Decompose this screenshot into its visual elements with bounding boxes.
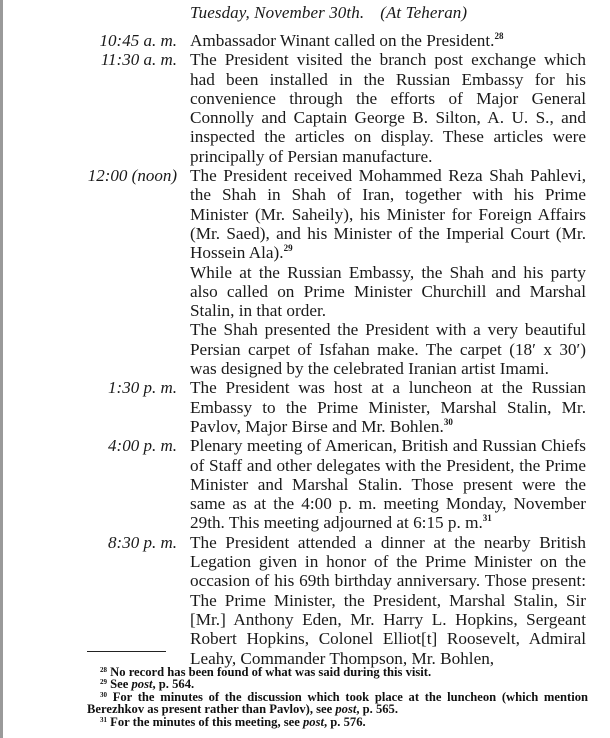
paragraph-text: Plenary meeting of American, British and… — [190, 436, 586, 532]
paragraph-text: The President attended a dinner at the n… — [190, 533, 586, 668]
entry-time: 11:30 a. m. — [0, 50, 177, 69]
entry-body: Plenary meeting of American, British and… — [190, 436, 586, 532]
entry-time: 1:30 p. m. — [0, 378, 177, 397]
entry-paragraph: Plenary meeting of American, British and… — [190, 436, 586, 532]
entry-time: 8:30 p. m. — [0, 533, 177, 552]
entry-paragraph: The President was host at a luncheon at … — [190, 378, 586, 436]
entry-time: 10:45 a. m. — [0, 31, 177, 50]
footnote-page-ref[interactable]: , p. 576. — [324, 715, 366, 729]
entry-paragraph: The President received Mohammed Reza Sha… — [190, 166, 586, 262]
footnote-text: For the minutes of this meeting, see — [110, 715, 303, 729]
entry-time: 12:00 (noon) — [0, 166, 177, 185]
paragraph-text: The President received Mohammed Reza Sha… — [190, 166, 586, 262]
entry-paragraph: Ambassador Winant called on the Presiden… — [190, 31, 586, 50]
entry-body: The President was host at a luncheon at … — [190, 378, 586, 436]
paragraph-text: The President was host at a luncheon at … — [190, 378, 586, 436]
entry-paragraph: The President visited the branch post ex… — [190, 50, 586, 166]
paragraph-text: While at the Russian Embassy, the Shah a… — [190, 263, 586, 321]
entry-paragraph: While at the Russian Embassy, the Shah a… — [190, 263, 586, 321]
footnote-reference[interactable]: 29 — [284, 243, 293, 253]
paragraph-text: The Shah presented the President with a … — [190, 320, 586, 378]
page-heading: Tuesday, November 30th.(At Teheran) — [190, 3, 467, 23]
entry-paragraph: The Shah presented the President with a … — [190, 320, 586, 378]
footnote-divider — [87, 651, 166, 652]
footnote-mark: 28 — [100, 666, 107, 674]
heading-place: (At Teheran) — [380, 3, 467, 22]
log-entry: 11:30 a. m. The President visited the br… — [0, 50, 610, 166]
footnote-30: 30 For the minutes of the discussion whi… — [87, 691, 588, 716]
entry-paragraph: The President attended a dinner at the n… — [190, 533, 586, 668]
entry-body: The President attended a dinner at the n… — [190, 533, 586, 668]
footnote-reference[interactable]: 28 — [494, 31, 503, 41]
entry-body: The President received Mohammed Reza Sha… — [190, 166, 586, 378]
entry-time: 4:00 p. m. — [0, 436, 177, 455]
footnote-mark: 29 — [100, 678, 107, 686]
log-entry: 8:30 p. m. The President attended a dinn… — [0, 533, 610, 668]
footnote-mark: 31 — [100, 716, 107, 724]
log-entry: 1:30 p. m. The President was host at a l… — [0, 378, 610, 436]
footnote-mark: 30 — [100, 691, 107, 699]
heading-date: Tuesday, November 30th. — [190, 3, 364, 22]
paragraph-text: Ambassador Winant called on the Presiden… — [190, 31, 494, 50]
paragraph-text: The President visited the branch post ex… — [190, 50, 586, 165]
log-entry: 10:45 a. m. Ambassador Winant called on … — [0, 31, 610, 50]
entry-body: The President visited the branch post ex… — [190, 50, 586, 166]
log-entries: 10:45 a. m. Ambassador Winant called on … — [0, 31, 610, 668]
entry-body: Ambassador Winant called on the Presiden… — [190, 31, 586, 50]
footnote-31: 31 For the minutes of this meeting, see … — [87, 716, 588, 728]
footnote-reference[interactable]: 31 — [483, 513, 492, 523]
footnote-reference[interactable]: 30 — [444, 417, 453, 427]
log-entry: 12:00 (noon) The President received Moha… — [0, 166, 610, 378]
log-entry: 4:00 p. m. Plenary meeting of American, … — [0, 436, 610, 532]
footnotes: 28 No record has been found of what was … — [87, 666, 588, 728]
footnote-italic: post — [303, 715, 324, 729]
